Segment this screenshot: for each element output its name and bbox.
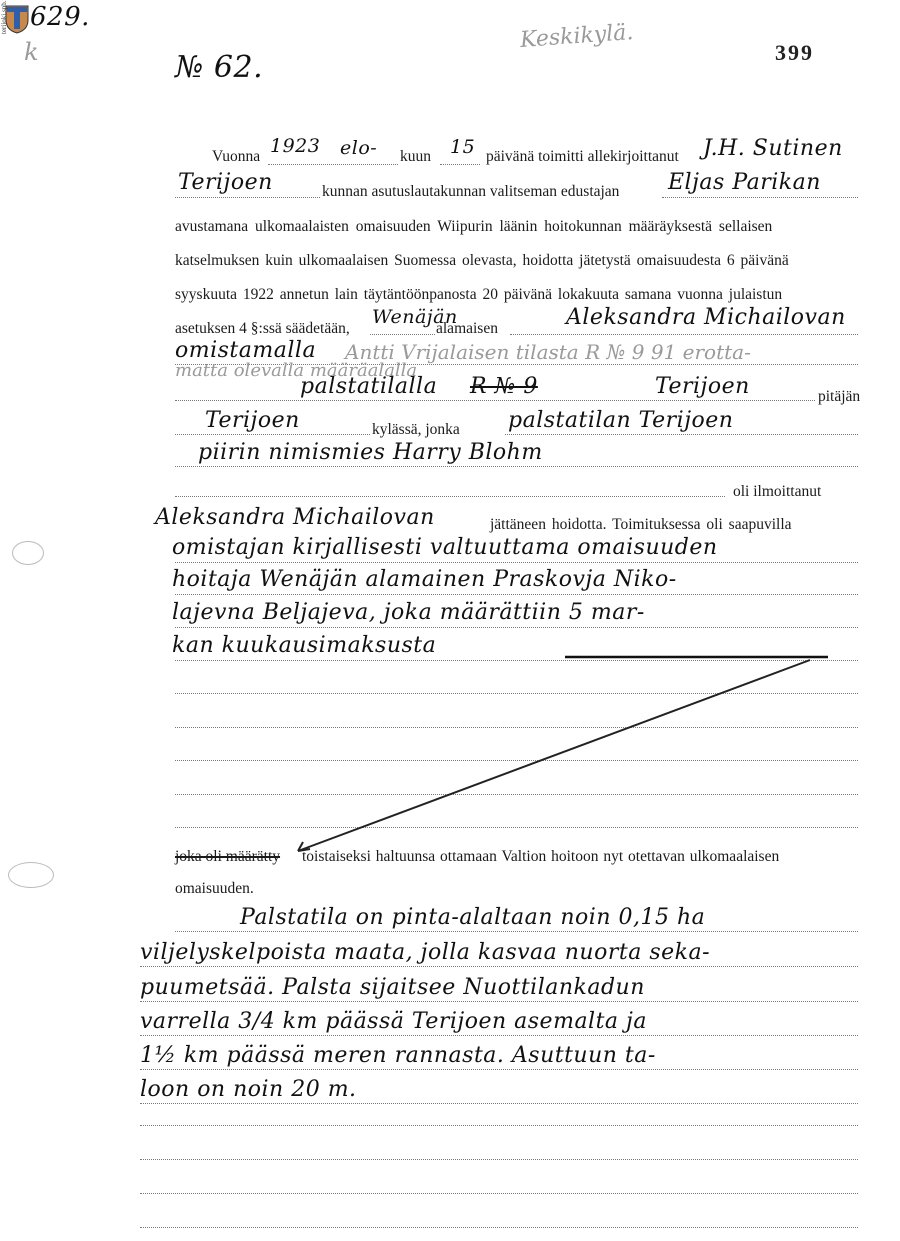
archive-number: 629. bbox=[30, 2, 90, 32]
field-year: 1923 bbox=[270, 135, 320, 157]
field-caretaker: lajevna Beljajeva, joka määrättiin 5 mar… bbox=[172, 600, 645, 625]
document-number: № 62. bbox=[175, 50, 263, 85]
description-line: puumetsää. Palsta sijaitsee Nuottilankad… bbox=[140, 975, 645, 1000]
margin-stain bbox=[8, 862, 54, 888]
field-official: J.H. Sutinen bbox=[703, 136, 843, 161]
printed-text: asetuksen 4 §:ssä säädetään, bbox=[175, 320, 350, 338]
page-number: 399 bbox=[775, 40, 814, 66]
printed-text: alamaisen bbox=[436, 320, 498, 338]
printed-text: kylässä, jonka bbox=[372, 421, 460, 439]
printed-text: oli ilmoittanut bbox=[733, 483, 821, 501]
printed-text: jättäneen hoidotta. Toimituksessa oli sa… bbox=[490, 516, 792, 534]
field-owner: Aleksandra Michailovan bbox=[566, 305, 846, 330]
printed-text: syyskuuta 1922 annetun lain täytäntöönpa… bbox=[175, 286, 782, 304]
field-struck-lot: R № 9 bbox=[470, 374, 538, 399]
printed-text: päivänä toimitti allekirjoittanut bbox=[486, 148, 679, 166]
field-month: elo- bbox=[340, 137, 377, 159]
field-village: Terijoen bbox=[205, 408, 300, 433]
field-property-type: palstatilalla bbox=[300, 374, 437, 399]
printed-text: avustamana ulkomaalaisten omaisuuden Wii… bbox=[175, 218, 772, 236]
printed-text: kunnan asutuslautakunnan valitseman edus… bbox=[322, 183, 619, 201]
pencil-mark: k bbox=[24, 38, 39, 66]
pencil-village-note: Keskikylä. bbox=[519, 20, 634, 53]
field-reporter-cont: piirin nimismies Harry Blohm bbox=[198, 440, 543, 465]
field-caretaker: kan kuukausimaksusta bbox=[172, 633, 436, 658]
field-representative: Eljas Parikan bbox=[668, 170, 821, 195]
field-parish: Terijoen bbox=[655, 374, 750, 399]
field-caretaker: omistajan kirjallisesti valtuuttama omai… bbox=[172, 535, 718, 560]
printed-text: Vuonna bbox=[212, 148, 260, 166]
description-line: Palstatila on pinta-alaltaan noin 0,15 h… bbox=[240, 905, 705, 930]
watermark-text: terijoki.spb.ru bbox=[0, 0, 8, 34]
struck-printed-text: joka oli määrätty bbox=[175, 848, 280, 866]
field-owner-repeat: Aleksandra Michailovan bbox=[155, 505, 435, 530]
field-municipality: Terijoen bbox=[178, 170, 273, 195]
description-line: loon on noin 20 m. bbox=[140, 1077, 357, 1102]
printed-text: omaisuuden. bbox=[175, 880, 254, 898]
printed-text: katselmuksen kuin ulkomaalaisen Suomessa… bbox=[175, 252, 789, 270]
field-reporter: palstatilan Terijoen bbox=[508, 408, 733, 433]
margin-stain bbox=[12, 541, 44, 565]
field-caretaker: hoitaja Wenäjän alamainen Praskovja Niko… bbox=[172, 567, 677, 592]
description-line: 1½ km päässä meren rannasta. Asuttuun ta… bbox=[140, 1043, 656, 1068]
description-line: viljelyskelpoista maata, jolla kasvaa nu… bbox=[140, 940, 710, 965]
printed-text: pitäjän bbox=[818, 388, 860, 406]
printed-text: toistaiseksi haltuunsa ottamaan Valtion … bbox=[302, 848, 779, 866]
description-line: varrella 3/4 km päässä Terijoen asemalta… bbox=[140, 1009, 647, 1034]
field-day: 15 bbox=[450, 136, 475, 158]
printed-text: kuun bbox=[400, 148, 431, 166]
